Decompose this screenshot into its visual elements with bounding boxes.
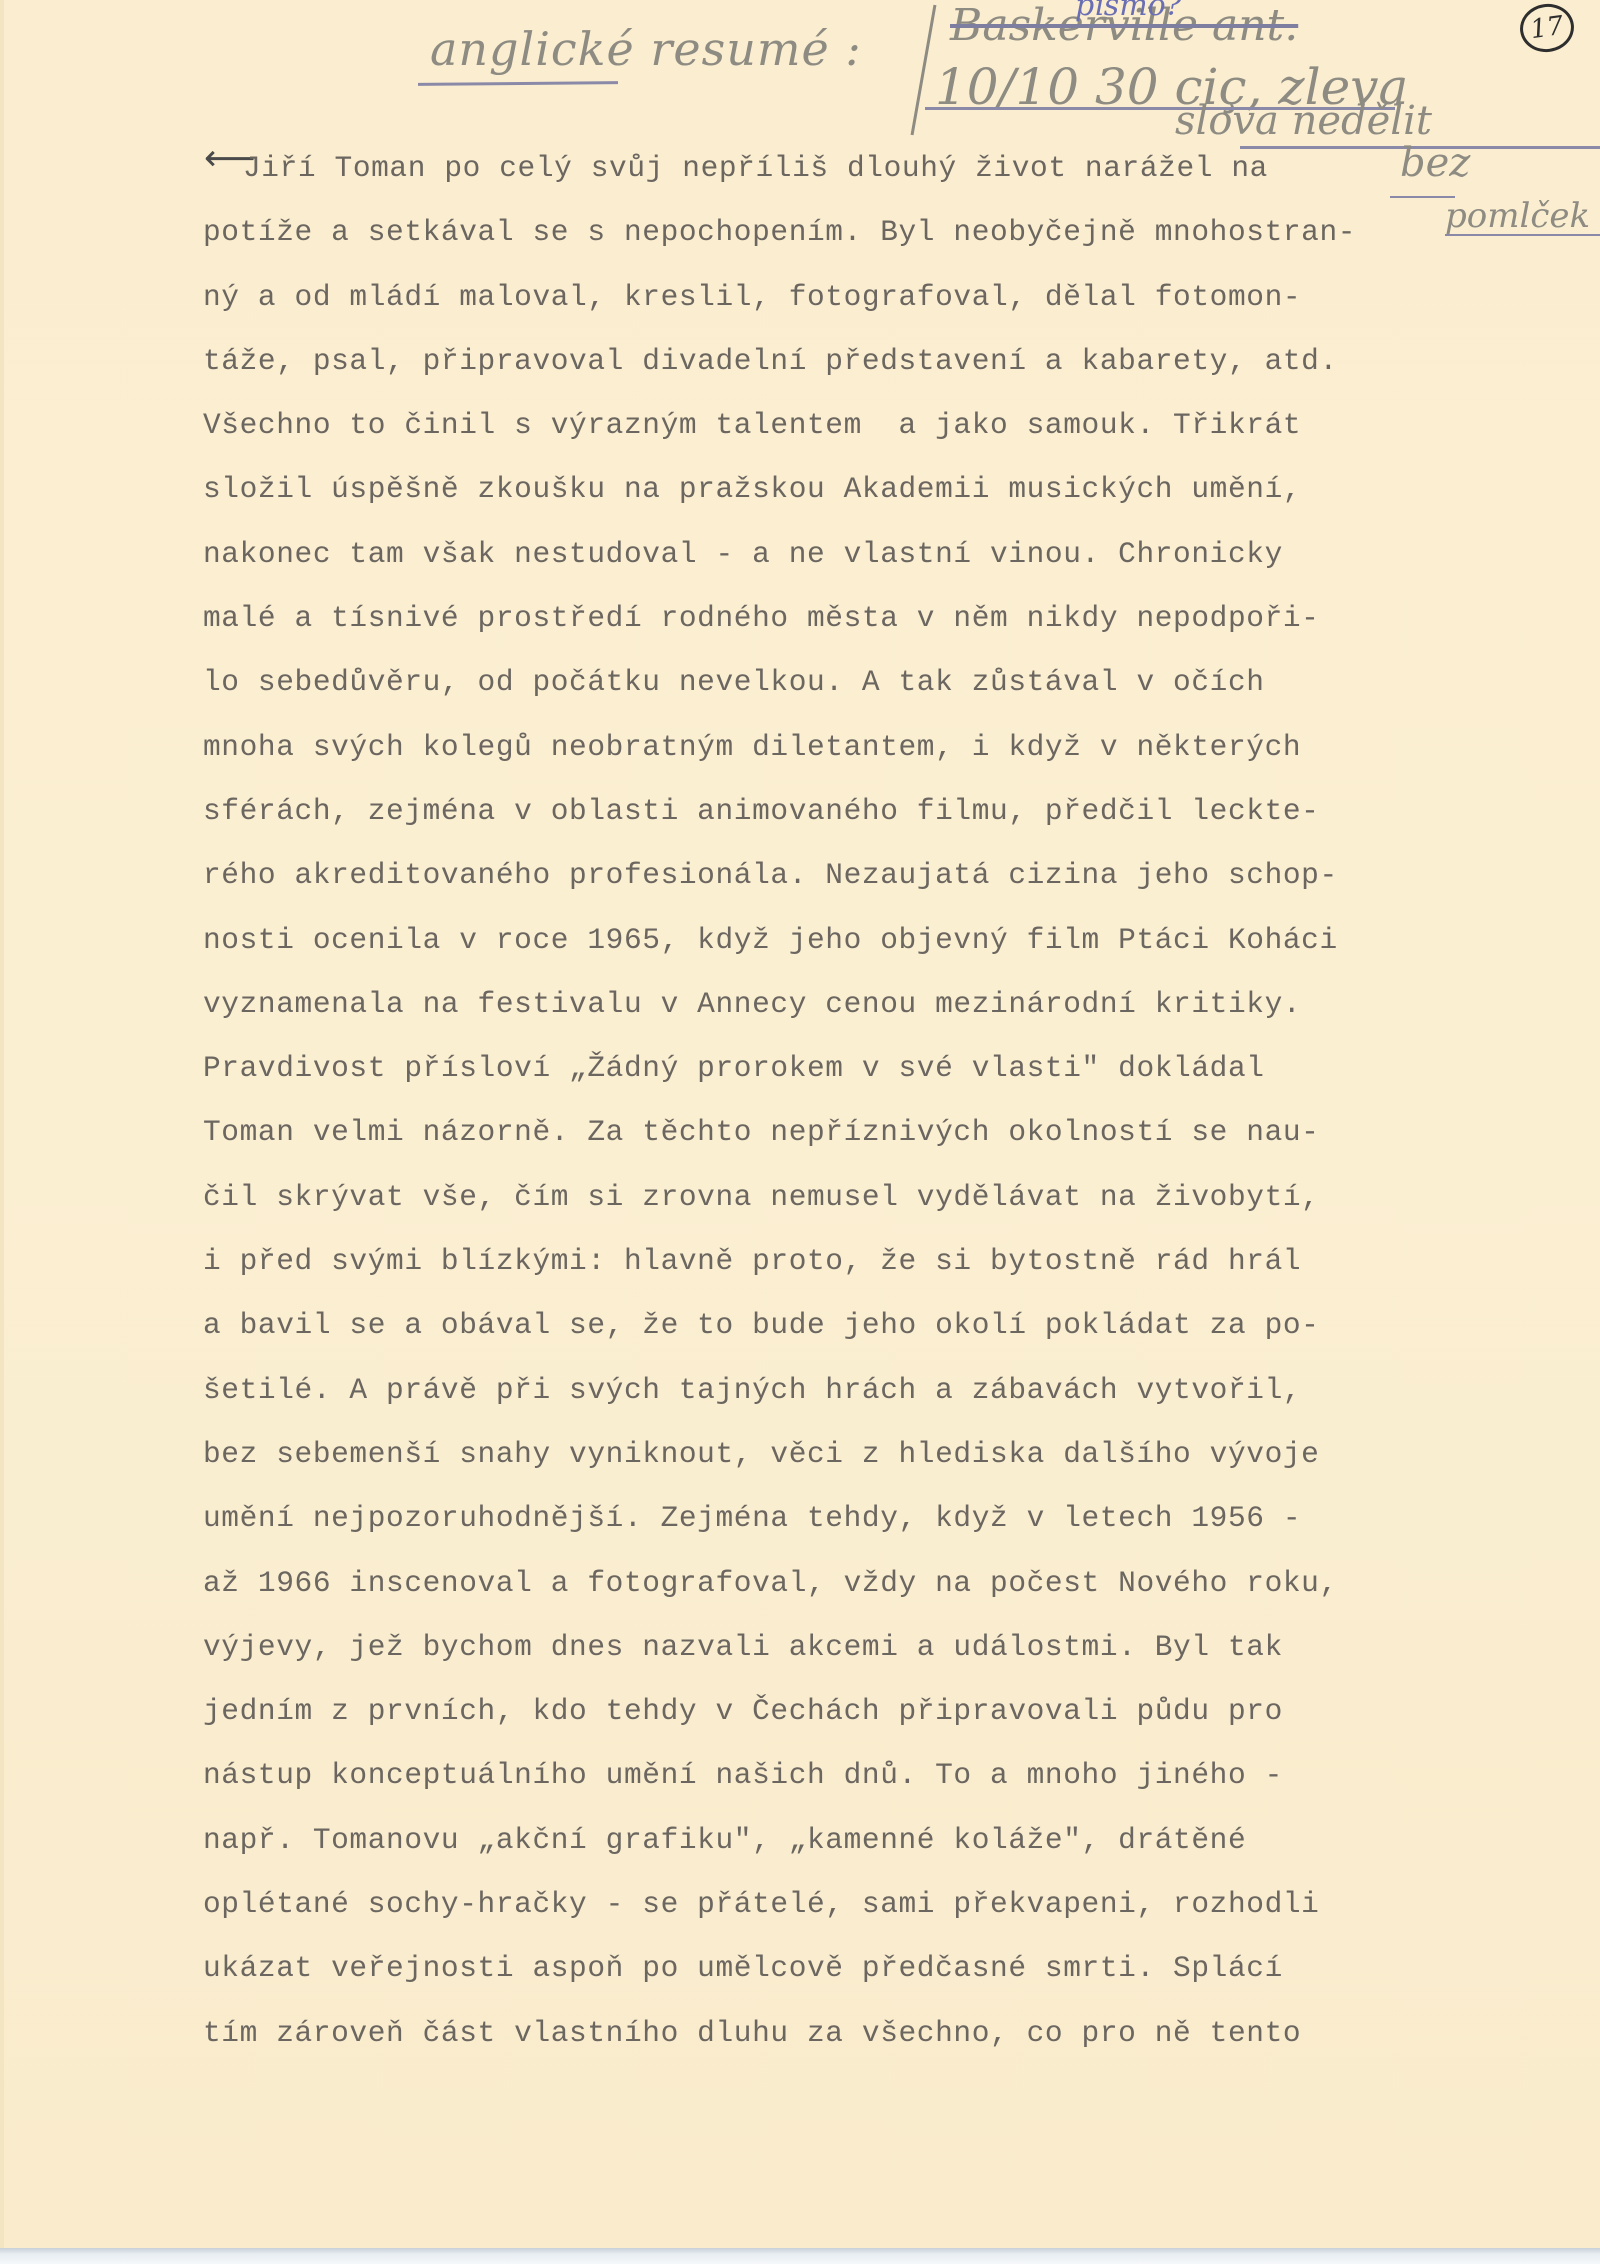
text-line: např. Tomanovu „akční grafiku", „kamenné…	[203, 1808, 1443, 1872]
text-line: šetilé. A právě při svých tajných hrách …	[203, 1358, 1443, 1422]
text-line: sférách, zejména v oblasti animovaného f…	[203, 779, 1443, 843]
text-line: až 1966 inscenoval a fotografoval, vždy …	[203, 1551, 1443, 1615]
text-line: bez sebemenší snahy vyniknout, věci z hl…	[203, 1422, 1443, 1486]
blue-correction-note: písmo?	[1075, 0, 1182, 23]
text-line: ný a od mládí maloval, kreslil, fotograf…	[203, 265, 1443, 329]
text-line: Toman velmi názorně. Za těchto nepřízniv…	[203, 1100, 1443, 1164]
margin-note-2-underline	[1445, 234, 1600, 236]
text-line: ukázat veřejnosti aspoň po umělcově před…	[203, 1936, 1443, 2000]
text-line: rého akreditovaného profesionála. Nezauj…	[203, 843, 1443, 907]
text-line: nosti ocenila v roce 1965, když jeho obj…	[203, 908, 1443, 972]
text-line: nakonec tam však nestudoval - a ne vlast…	[203, 522, 1443, 586]
text-line: Pravdivost přísloví „Žádný prorokem v sv…	[203, 1036, 1443, 1100]
typewritten-body: Jiří Toman po celý svůj nepříliš dlouhý …	[203, 136, 1443, 2065]
text-line: čil skrývat vše, čím si zrovna nemusel v…	[203, 1165, 1443, 1229]
text-line: jedním z prvních, kdo tehdy v Čechách př…	[203, 1679, 1443, 1743]
text-line: Všechno to činil s výrazným talentem a j…	[203, 393, 1443, 457]
text-line: a bavil se a obával se, že to bude jeho …	[203, 1293, 1443, 1357]
paper-left-edge	[0, 0, 4, 2250]
paper-bottom-edge	[0, 2248, 1600, 2264]
text-line: potíže a setkával se s nepochopením. Byl…	[203, 200, 1443, 264]
text-line: lo sebedůvěru, od počátku nevelkou. A ta…	[203, 650, 1443, 714]
text-line: i před svými blízkými: hlavně proto, že …	[203, 1229, 1443, 1293]
text-line: táže, psal, připravoval divadelní předst…	[203, 329, 1443, 393]
text-line: nástup konceptuálního umění našich dnů. …	[203, 1743, 1443, 1807]
text-line: vyznamenala na festivalu v Annecy cenou …	[203, 972, 1443, 1036]
handwritten-heading: anglické resumé :	[430, 22, 862, 76]
text-line: oplétané sochy-hračky - se přátelé, sami…	[203, 1872, 1443, 1936]
text-line: složil úspěšně zkoušku na pražskou Akade…	[203, 457, 1443, 521]
text-line: malé a tísnivé prostředí rodného města v…	[203, 586, 1443, 650]
text-line: umění nejpozoruhodnější. Zejména tehdy, …	[203, 1486, 1443, 1550]
text-line: Jiří Toman po celý svůj nepříliš dlouhý …	[203, 136, 1443, 200]
text-line: tím zároveň část vlastního dluhu za všec…	[203, 2001, 1443, 2065]
text-line: výjevy, jež bychom dnes nazvali akcemi a…	[203, 1615, 1443, 1679]
text-line: mnoha svých kolegů neobratným diletantem…	[203, 715, 1443, 779]
margin-note-pomlcek: pomlček	[1445, 196, 1590, 236]
